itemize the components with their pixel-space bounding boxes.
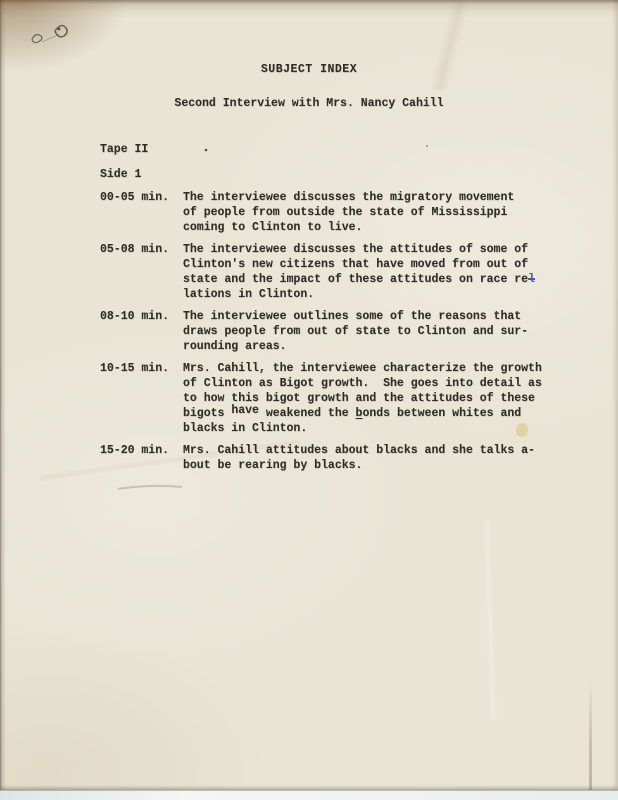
raised-segment: have [231,404,259,417]
scanned-document-page: SUBJECT INDEX Second Interview with Mrs.… [0,0,618,800]
text-segment: of people from outside the state of Miss… [183,206,507,219]
scanner-background-strip [0,790,618,800]
text-segment: bigots [183,407,231,420]
entry-description: Mrs. Cahill, the interviewee characteriz… [183,361,570,436]
text-segment: state and the impact of these attitudes … [183,273,528,286]
entry-line: Clinton's new citizens that have moved f… [183,257,570,272]
entry-line: draws people from out of state to Clinto… [183,324,570,339]
side-label: Side 1 [100,167,141,182]
entry-time-range: 10-15 min. [100,361,183,376]
text-segment: Mrs. Cahill attitudes about blacks and s… [183,444,535,457]
entry-time-range: 15-20 min. [100,443,183,458]
text-segment: of Clinton as Bigot growth. She goes int… [183,377,542,390]
entry-description: The interviewee discusses the migratory … [183,190,570,235]
entry-line: Mrs. Cahill attitudes about blacks and s… [183,443,570,458]
text-segment: Mrs. Cahill, the interviewee characteriz… [183,362,542,375]
entry-line: state and the impact of these attitudes … [183,272,570,287]
text-segment: lations in Clinton. [183,288,314,301]
smudge-artifact [118,486,182,489]
entry-description: The interviewee discusses the attitudes … [183,242,570,302]
entry-time-range: 05-08 min. [100,242,183,257]
text-segment: rounding areas. [183,340,287,353]
text-segment: bout be rearing by blacks. [183,459,362,472]
text-segment: The interviewee discusses the attitudes … [183,243,528,256]
speck-artifact [426,145,428,147]
index-entry: 10-15 min. Mrs. Cahill, the interviewee … [100,361,570,436]
index-entry: 15-20 min. Mrs. Cahill attitudes about b… [100,443,570,473]
entry-line: rounding areas. [183,339,570,354]
entry-time-range: 00-05 min. [100,190,183,205]
entry-line: lations in Clinton. [183,287,570,302]
crease-mark-artifact [42,34,60,42]
entry-description: The interviewee outlines some of the rea… [183,309,570,354]
text-segment: coming to Clinton to live. [183,221,362,234]
blue-strike-segment: l [528,273,535,286]
text-segment: The interviewee discusses the migratory … [183,191,514,204]
entry-line: blacks in Clinton. [183,421,570,436]
speck-artifact [58,28,61,31]
entry-line: Mrs. Cahill, the interviewee characteriz… [183,361,570,376]
entry-line: The interviewee discusses the attitudes … [183,242,570,257]
document-title: SUBJECT INDEX [0,62,618,77]
document-subtitle: Second Interview with Mrs. Nancy Cahill [0,96,618,111]
index-entry: 08-10 min. The interviewee outlines some… [100,309,570,354]
text-segment: Clinton's new citizens that have moved f… [183,258,528,271]
entries: 00-05 min. The interviewee discusses the… [100,190,570,480]
entry-line: bout be rearing by blacks. [183,458,570,473]
ink-dot-artifact [205,149,208,152]
entry-line: of Clinton as Bigot growth. She goes int… [183,376,570,391]
paper-crease [380,520,600,720]
entry-line: The interviewee discusses the migratory … [183,190,570,205]
text-segment: The interviewee outlines some of the rea… [183,310,521,323]
paper-fold-line [589,680,592,790]
entry-time-range: 08-10 min. [100,309,183,324]
pen-scribble-artifact [32,35,42,43]
text-segment: weakened the [259,407,356,420]
tape-label: Tape II [100,142,148,157]
entry-line: coming to Clinton to live. [183,220,570,235]
entry-line: The interviewee outlines some of the rea… [183,309,570,324]
text-segment: onds between whites and [362,407,521,420]
entry-description: Mrs. Cahill attitudes about blacks and s… [183,443,570,473]
entry-line: bigots have weakened the bonds between w… [183,406,570,421]
text-segment: draws people from out of state to Clinto… [183,325,528,338]
index-entry: 05-08 min. The interviewee discusses the… [100,242,570,302]
text-segment: blacks in Clinton. [183,422,307,435]
entry-line: of people from outside the state of Miss… [183,205,570,220]
pen-scribble-artifact [55,26,67,37]
index-entry: 00-05 min. The interviewee discusses the… [100,190,570,235]
